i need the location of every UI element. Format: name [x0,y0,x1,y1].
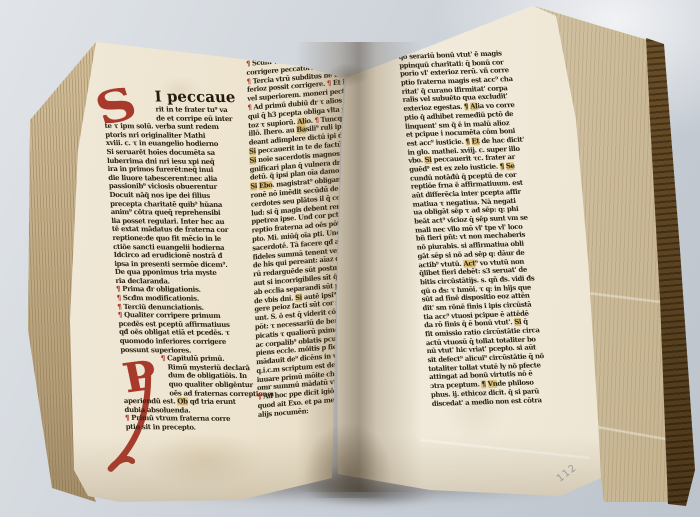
photograph-open-incunabulum: S I peccaue rit in te frater tu⁹ vade et… [0,0,700,517]
gutter-top-shade [318,58,378,92]
